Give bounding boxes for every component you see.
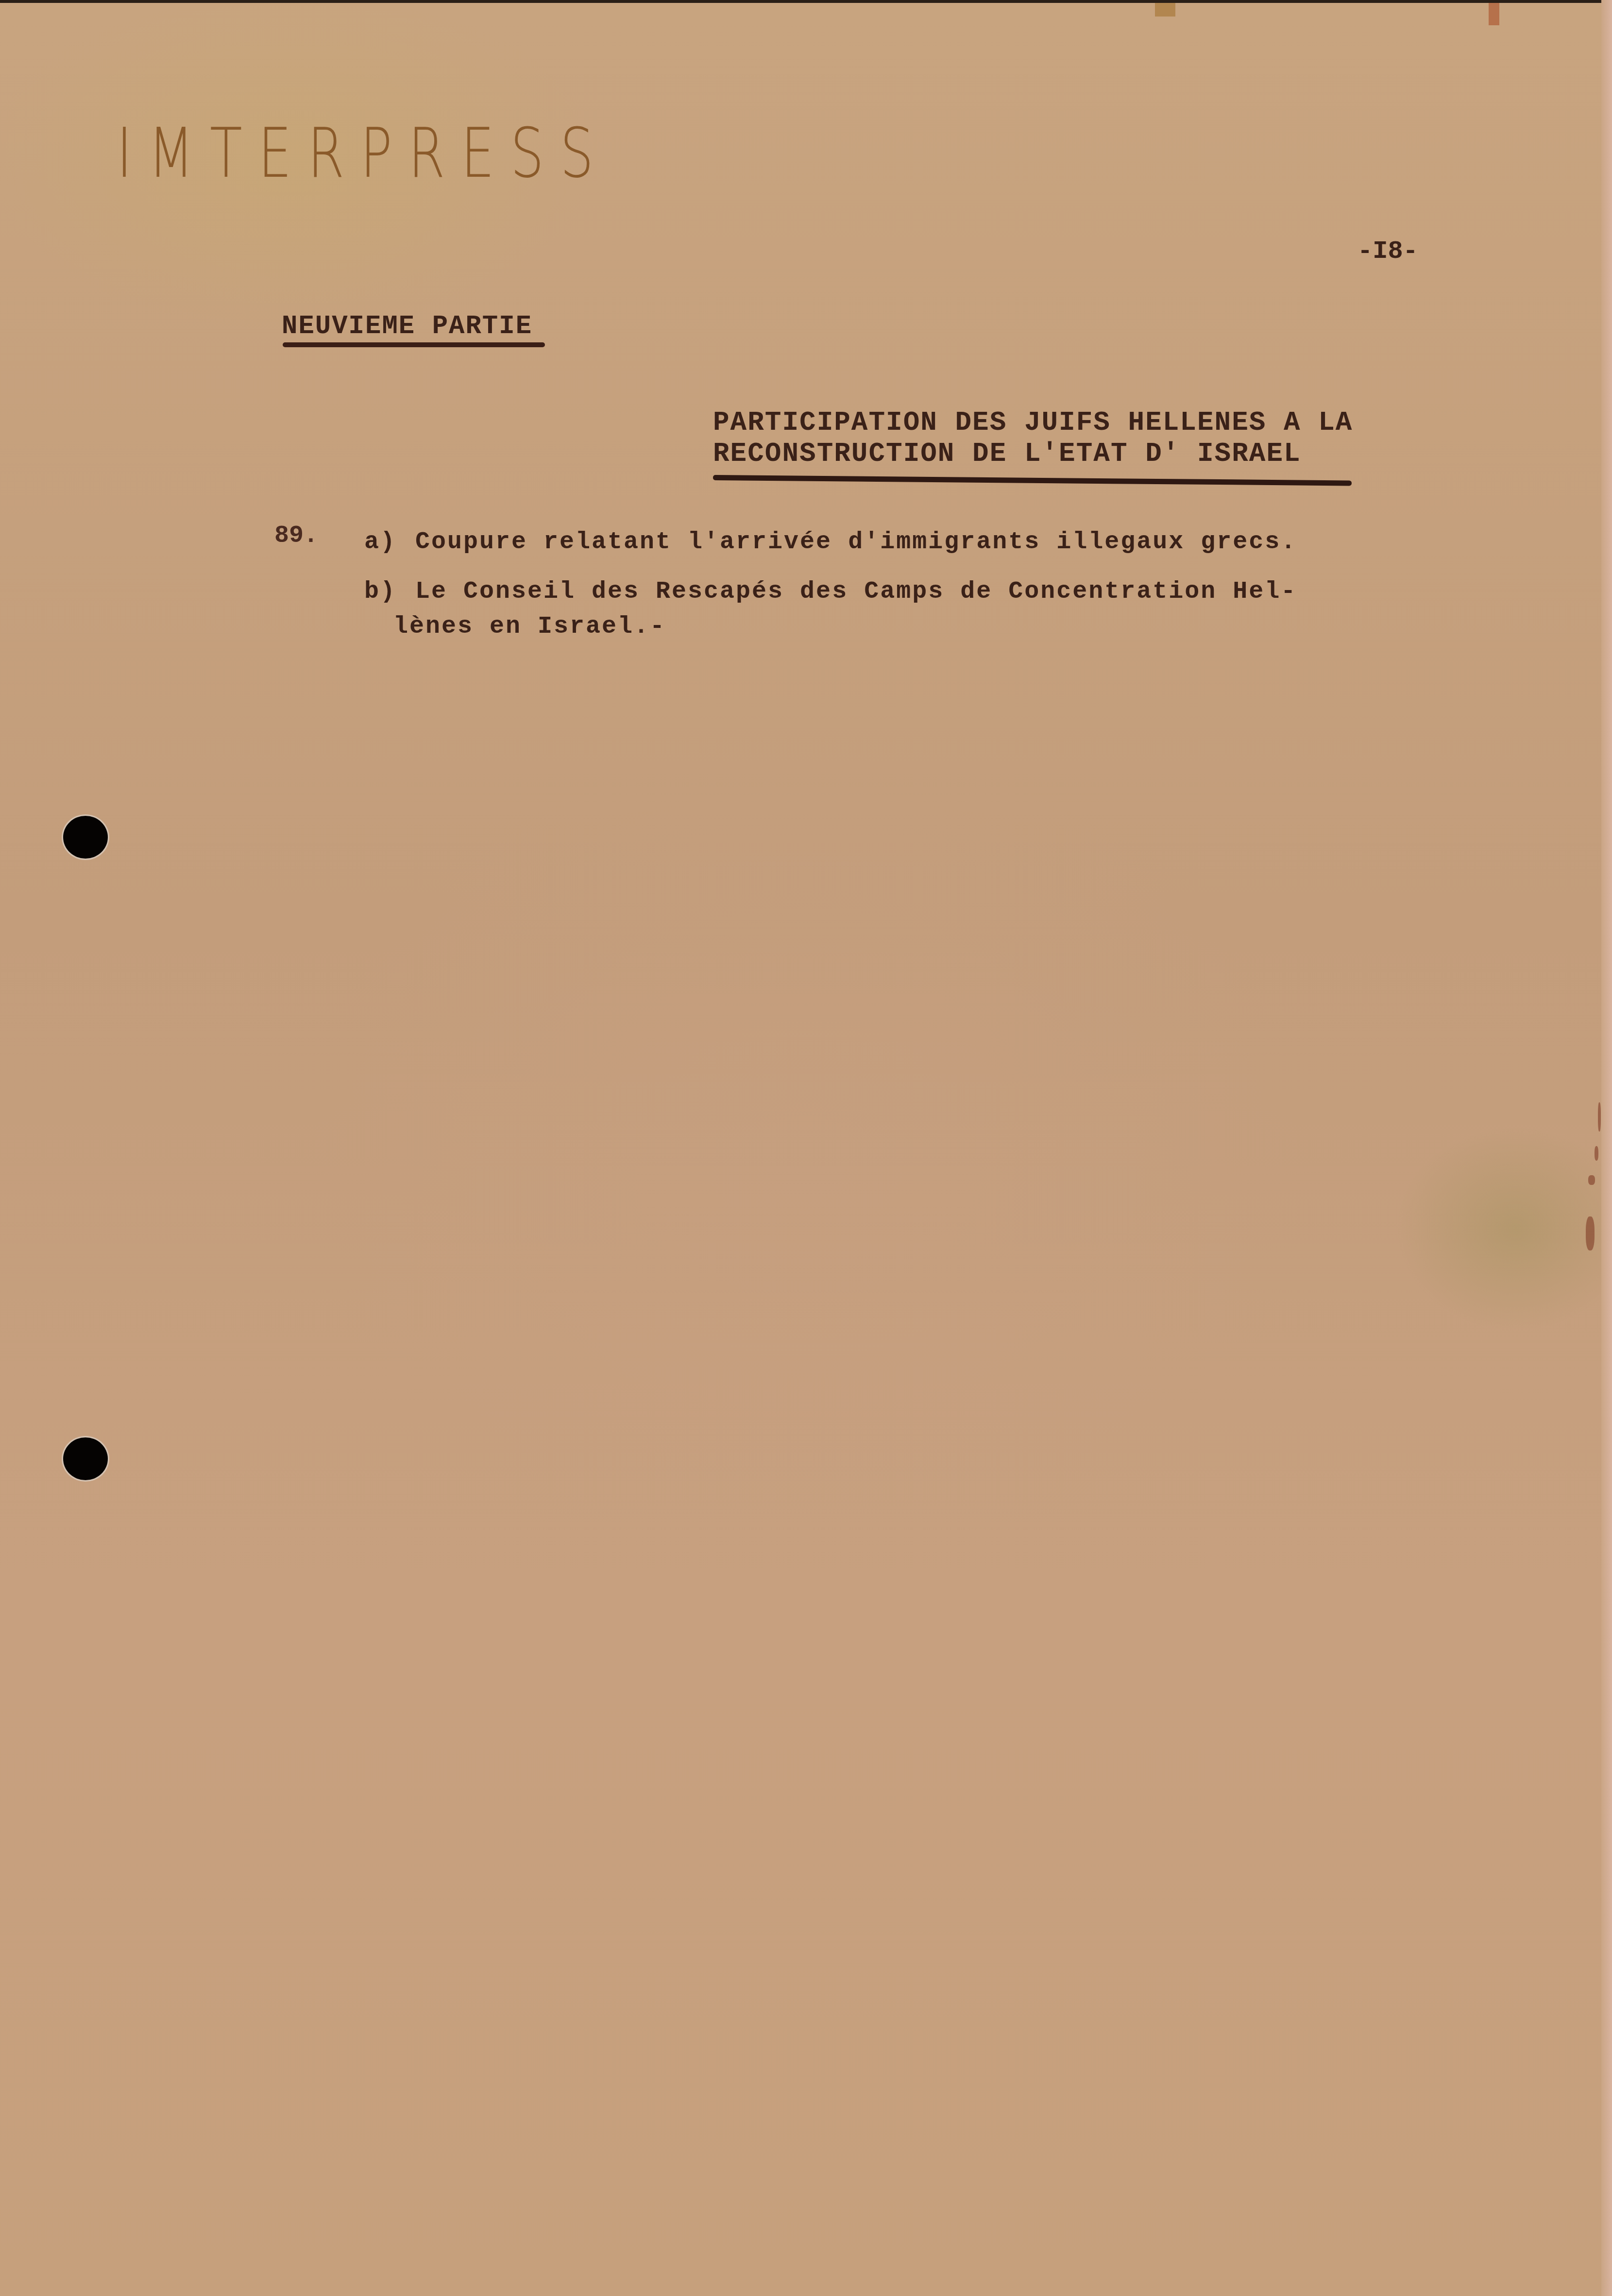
item-text: Coupure relatant l'arrivée d'immigrants … [415, 528, 1297, 556]
document-page: IMTERPRESS -I8- NEUVIEME PARTIE PARTICIP… [0, 0, 1612, 2296]
entry-item-a: a)Coupure relatant l'arrivée d'immigrant… [364, 528, 1297, 556]
section-title-underline [713, 475, 1352, 486]
item-marker: b) [364, 574, 415, 609]
punch-hole-upper [63, 816, 108, 859]
entry-number: 89. [274, 522, 318, 550]
tape-residue [1155, 3, 1175, 17]
scan-top-edge [0, 0, 1612, 3]
part-heading: NEUVIEME PARTIE [282, 312, 532, 341]
edge-stain [1598, 1102, 1601, 1131]
edge-stain [1586, 1216, 1595, 1250]
part-heading-underline [283, 342, 545, 347]
tape-residue [1489, 3, 1499, 25]
item-marker: a) [364, 528, 415, 556]
page-number: -I8- [1357, 237, 1418, 266]
edge-stain [1588, 1175, 1595, 1185]
edge-stain [1595, 1146, 1598, 1161]
section-title-line-1: PARTICIPATION DES JUIFS HELLENES A LA [713, 407, 1353, 438]
entry-item-b: b)Le Conseil des Rescapés des Camps de C… [364, 574, 1297, 644]
item-text-continuation: lènes en Israel.- [393, 609, 1297, 644]
item-text: Le Conseil des Rescapés des Camps de Con… [415, 578, 1297, 606]
section-title-line-2: RECONSTRUCTION DE L'ETAT D' ISRAEL [713, 438, 1353, 469]
punch-hole-lower [63, 1437, 108, 1480]
section-title: PARTICIPATION DES JUIFS HELLENES A LA RE… [713, 407, 1353, 469]
scan-right-edge [1601, 0, 1612, 2296]
letterhead-logo: IMTERPRESS [117, 114, 610, 193]
